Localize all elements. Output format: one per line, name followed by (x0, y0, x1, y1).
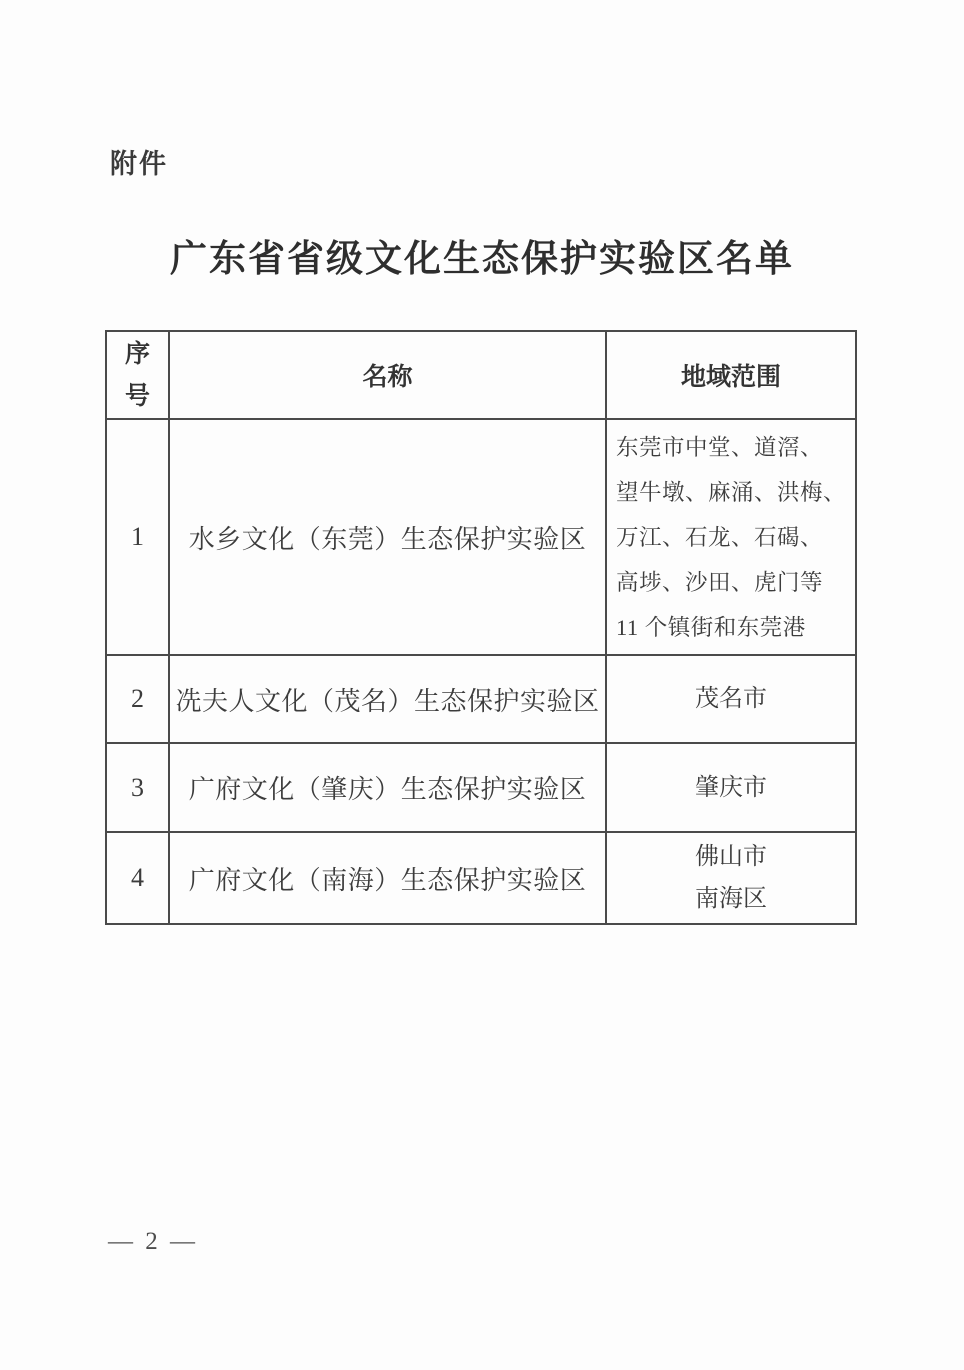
column-header-region: 地域范围 (606, 331, 856, 419)
cell-zone-name: 水乡文化（东莞）生态保护实验区 (169, 419, 606, 655)
cell-index: 1 (106, 419, 169, 655)
cell-zone-name: 广府文化（南海）生态保护实验区 (169, 832, 606, 924)
table-row: 2 冼夫人文化（茂名）生态保护实验区 茂名市 (106, 655, 856, 743)
table-row: 3 广府文化（肇庆）生态保护实验区 肇庆市 (106, 743, 856, 832)
cell-region: 佛山市 南海区 (606, 832, 856, 924)
cell-zone-name: 广府文化（肇庆）生态保护实验区 (169, 743, 606, 832)
cell-region: 东莞市中堂、道滘、 望牛墩、麻涌、洪梅、 万江、石龙、石碣、 高埗、沙田、虎门等… (606, 419, 856, 655)
table-row: 1 水乡文化（东莞）生态保护实验区 东莞市中堂、道滘、 望牛墩、麻涌、洪梅、 万… (106, 419, 856, 655)
cell-index: 4 (106, 832, 169, 924)
document-page: 附件 广东省省级文化生态保护实验区名单 序 号 名称 地域范围 1 水乡文化（东… (0, 0, 964, 1370)
attachment-label: 附件 (110, 142, 168, 181)
cell-index: 3 (106, 743, 169, 832)
page-title: 广东省省级文化生态保护实验区名单 (0, 228, 964, 282)
protection-zones-table: 序 号 名称 地域范围 1 水乡文化（东莞）生态保护实验区 东莞市中堂、道滘、 … (105, 330, 857, 925)
cell-zone-name: 冼夫人文化（茂名）生态保护实验区 (169, 655, 606, 743)
table-header-row: 序 号 名称 地域范围 (106, 331, 856, 419)
cell-index: 2 (106, 655, 169, 743)
column-header-index: 序 号 (106, 331, 169, 419)
table-row: 4 广府文化（南海）生态保护实验区 佛山市 南海区 (106, 832, 856, 924)
column-header-name: 名称 (169, 331, 606, 419)
page-number: — 2 — (108, 1228, 198, 1256)
cell-region: 茂名市 (606, 655, 856, 743)
cell-region: 肇庆市 (606, 743, 856, 832)
